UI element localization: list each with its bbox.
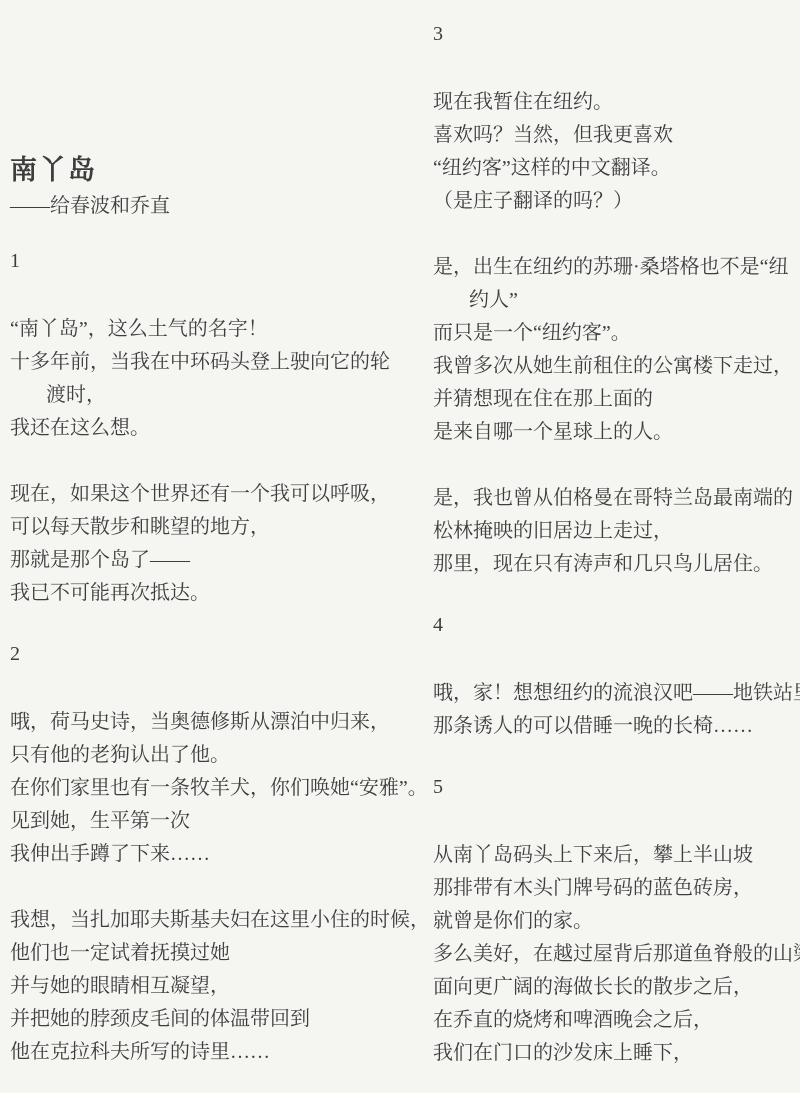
stanza: 哦，家！想想纽约的流浪汉吧——地铁站里那条诱人的可以借睡一晚的长椅……: [433, 677, 795, 743]
poem-line: 在你们家里也有一条牧羊犬，你们唤她“安雅”。: [10, 772, 425, 805]
poem-line: 那排带有木头门牌号码的蓝色砖房，: [433, 872, 795, 905]
poem-line: 从南丫岛码头上下来后，攀上半山坡: [433, 839, 795, 872]
poem-line: 面向更广阔的海做长长的散步之后，: [433, 971, 795, 1004]
poem-line: 喜欢吗？当然，但我更喜欢: [433, 119, 795, 152]
poem-line: 是来自哪一个星球上的人。: [433, 416, 795, 449]
poem-line: 我想，当扎加耶夫斯基夫妇在这里小住的时候，: [10, 904, 425, 937]
poem-column-right: 3现在我暂住在纽约。喜欢吗？当然，但我更喜欢“纽约客”这样的中文翻译。（是庄子翻…: [433, 0, 795, 1070]
poem-line: 那就是那个岛了——: [10, 544, 425, 577]
book-page: 南丫岛 ——给春波和乔直 1“南丫岛”，这么土气的名字！十多年前，当我在中环码头…: [0, 0, 800, 1093]
section-number: 4: [433, 609, 795, 642]
stanza: 我想，当扎加耶夫斯基夫妇在这里小住的时候，他们也一定试着抚摸过她并与她的眼睛相互…: [10, 904, 425, 1069]
poem-line: 只有他的老狗认出了他。: [10, 739, 425, 772]
stanza: 是，出生在纽约的苏珊·桑塔格也不是“纽约人”而只是一个“纽约客”。我曾多次从她生…: [433, 251, 795, 449]
poem-line: 就曾是你们的家。: [433, 905, 795, 938]
poem-line: 现在我暂住在纽约。: [433, 86, 795, 119]
poem-line: “纽约客”这样的中文翻译。: [433, 152, 795, 185]
poem-line: 而只是一个“纽约客”。: [433, 317, 795, 350]
poem-line: 现在，如果这个世界还有一个我可以呼吸，: [10, 478, 425, 511]
poem-line: 是，出生在纽约的苏珊·桑塔格也不是“纽: [433, 251, 795, 284]
poem-line: 多么美好，在越过屋背后那道鱼脊般的山梁: [433, 938, 795, 971]
poem-line: 松林掩映的旧居边上走过，: [433, 515, 795, 548]
poem-line: 我曾多次从她生前租住的公寓楼下走过，: [433, 350, 795, 383]
stanza: 现在我暂住在纽约。喜欢吗？当然，但我更喜欢“纽约客”这样的中文翻译。（是庄子翻译…: [433, 86, 795, 218]
poem-line: 十多年前，当我在中环码头登上驶向它的轮: [10, 346, 425, 379]
poem-dedication: ——给春波和乔直: [10, 190, 425, 223]
poem-line: 并与她的眼睛相互凝望，: [10, 970, 425, 1003]
stanza: 从南丫岛码头上下来后，攀上半山坡那排带有木头门牌号码的蓝色砖房，就曾是你们的家。…: [433, 839, 795, 1070]
poem-line: 哦，荷马史诗，当奥德修斯从漂泊中归来，: [10, 706, 425, 739]
poem-line: 我们在门口的沙发床上睡下，: [433, 1037, 795, 1070]
poem-line: 哦，家！想想纽约的流浪汉吧——地铁站里: [433, 677, 795, 710]
stanza: 现在，如果这个世界还有一个我可以呼吸，可以每天散步和眺望的地方，那就是那个岛了—…: [10, 478, 425, 610]
poem-line: 见到她，生平第一次: [10, 805, 425, 838]
poem-line: 并猜想现在住在那上面的: [433, 383, 795, 416]
poem-line: 我还在这么想。: [10, 412, 425, 445]
poem-line: 可以每天散步和眺望的地方，: [10, 511, 425, 544]
poem-line: “南丫岛”，这么土气的名字！: [10, 313, 425, 346]
stanza: “南丫岛”，这么土气的名字！十多年前，当我在中环码头登上驶向它的轮渡时，我还在这…: [10, 313, 425, 445]
poem-line: 在乔直的烧烤和啤酒晚会之后，: [433, 1004, 795, 1037]
stanza: 是，我也曾从伯格曼在哥特兰岛最南端的松林掩映的旧居边上走过，那里，现在只有涛声和…: [433, 482, 795, 581]
poem-line: 他们也一定试着抚摸过她: [10, 937, 425, 970]
poem-column-left: 南丫岛 ——给春波和乔直 1“南丫岛”，这么土气的名字！十多年前，当我在中环码头…: [10, 0, 425, 1069]
section-number: 5: [433, 771, 795, 804]
section-number: 2: [10, 638, 425, 671]
poem-line: （是庄子翻译的吗？）: [433, 185, 795, 218]
poem-line: 那里，现在只有涛声和几只鸟儿居住。: [433, 548, 795, 581]
poem-line: 渡时，: [10, 379, 425, 412]
poem-line: 是，我也曾从伯格曼在哥特兰岛最南端的: [433, 482, 795, 515]
poem-line: 他在克拉科夫所写的诗里……: [10, 1036, 425, 1069]
section-number: 3: [433, 18, 795, 51]
stanza: 哦，荷马史诗，当奥德修斯从漂泊中归来，只有他的老狗认出了他。在你们家里也有一条牧…: [10, 706, 425, 871]
poem-line: 约人”: [433, 284, 795, 317]
poem-title: 南丫岛: [10, 150, 425, 190]
section-number: 1: [10, 245, 425, 278]
poem-line: 我已不可能再次抵达。: [10, 577, 425, 610]
poem-line: 那条诱人的可以借睡一晚的长椅……: [433, 710, 795, 743]
poem-line: 我伸出手蹲了下来……: [10, 838, 425, 871]
poem-line: 并把她的脖颈皮毛间的体温带回到: [10, 1003, 425, 1036]
